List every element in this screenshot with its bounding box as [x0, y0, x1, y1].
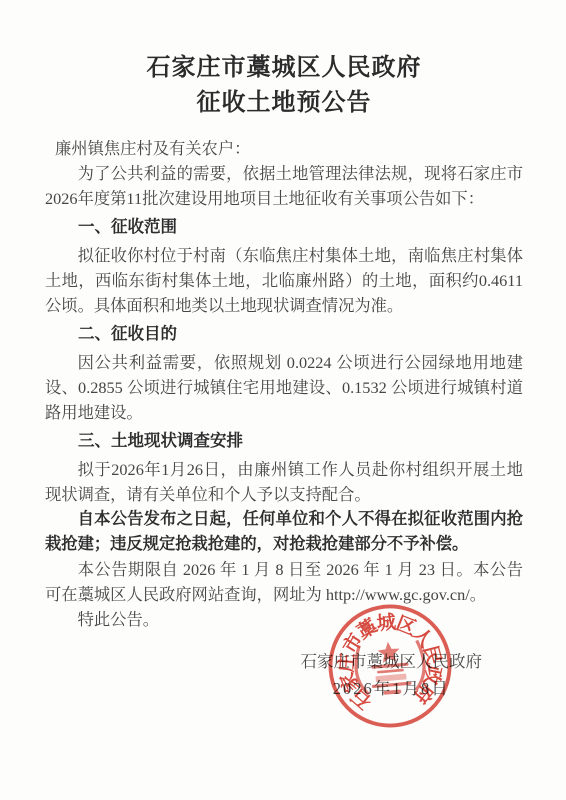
section-heading-survey: 三、土地现状调查安排 — [45, 429, 523, 454]
title-authority: 石家庄市藁城区人民政府 — [45, 50, 523, 85]
salutation: 廉州镇焦庄村及有关农户： — [55, 136, 523, 161]
section-body-scope: 拟征收你村位于村南（东临焦庄村集体土地，南临焦庄村集体土地，西临东街村集体土地，… — [45, 243, 523, 318]
intro-paragraph: 为了公共利益的需要，依据土地管理法律法规，现将石家庄市2026年度第11批次建设… — [45, 161, 523, 211]
section-heading-purpose: 二、征收目的 — [45, 322, 523, 347]
official-seal-icon: 石家庄市藁城区人民政府 — [321, 596, 460, 737]
section-heading-scope: 一、征收范围 — [45, 215, 523, 240]
scanned-notice-page: 石家庄市藁城区人民政府 征收土地预公告 廉州镇焦庄村及有关农户： 为了公共利益的… — [0, 0, 566, 800]
page-title: 石家庄市藁城区人民政府 征收土地预公告 — [45, 50, 523, 120]
closing-line: 特此公告。 — [45, 607, 523, 632]
warning-paragraph: 自本公告发布之日起，任何单位和个人不得在拟征收范围内抢栽抢建；违反规定抢栽抢建的… — [45, 507, 523, 557]
validity-paragraph: 本公告期限自 2026 年 1 月 8 日至 2026 年 1 月 23 日。本… — [45, 557, 523, 607]
section-body-purpose: 因公共利益需要，依照规划 0.0224 公顷进行公园绿地用地建设、0.2855 … — [45, 350, 523, 425]
section-body-survey: 拟于2026年1月26日，由廉州镇工作人员赴你村组织开展土地现状调查，请有关单位… — [45, 457, 523, 507]
notice-content: 石家庄市藁城区人民政府 征收土地预公告 廉州镇焦庄村及有关农户： 为了公共利益的… — [45, 50, 523, 632]
title-subject: 征收土地预公告 — [45, 85, 523, 120]
national-emblem-icon — [354, 639, 426, 697]
